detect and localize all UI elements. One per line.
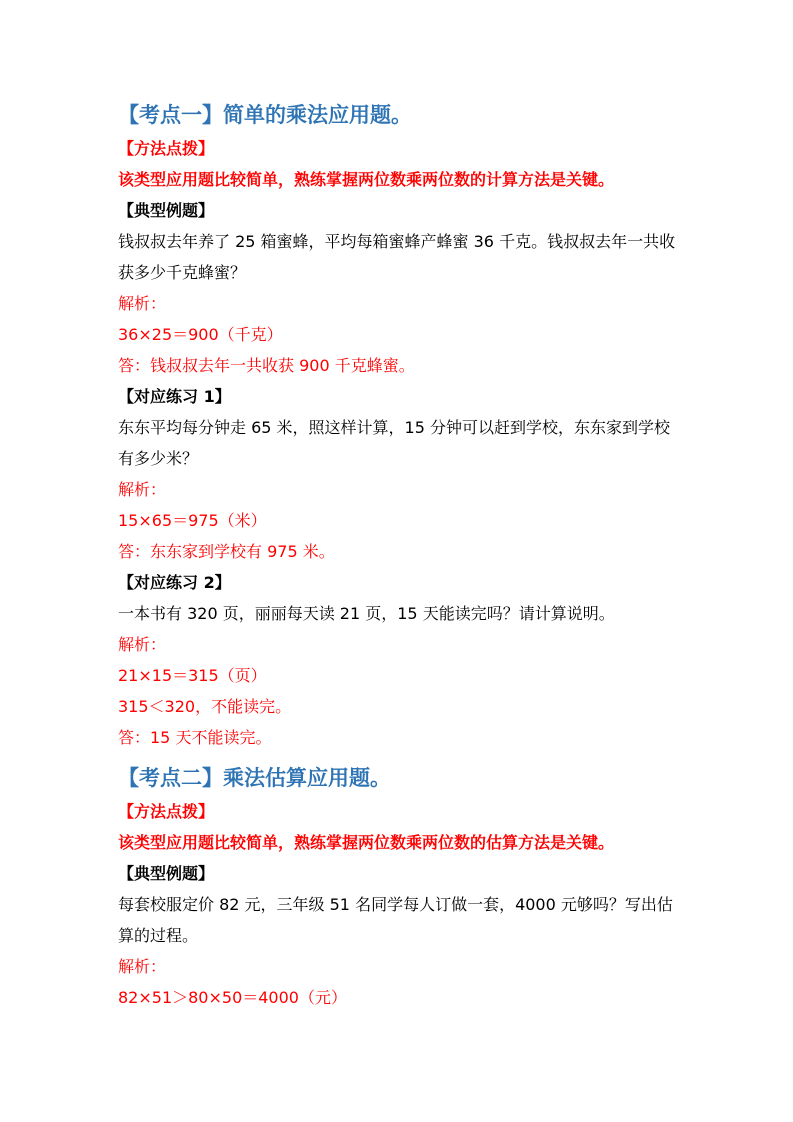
practice1-heading: 【对应练习 1】: [118, 381, 678, 412]
practice1-equation: 15×65＝975（米）: [118, 505, 678, 536]
section2-example-equation: 82×51＞80×50＝4000（元）: [118, 982, 678, 1013]
practice2-answer: 答：15 天不能读完。: [118, 722, 678, 753]
practice2-equation: 21×15＝315（页）: [118, 660, 678, 691]
section1-example-answer: 答：钱叔叔去年一共收获 900 千克蜂蜜。: [118, 350, 678, 381]
document-page: 【考点一】简单的乘法应用题。 【方法点拨】 该类型应用题比较简单，熟练掌握两位数…: [0, 0, 793, 1122]
practice2-comparison: 315＜320，不能读完。: [118, 691, 678, 722]
section1-heading: 【考点一】简单的乘法应用题。: [118, 97, 678, 133]
section2-method-text: 该类型应用题比较简单，熟练掌握两位数乘两位数的估算方法是关键。: [118, 827, 678, 858]
section1-method-heading: 【方法点拨】: [118, 133, 678, 164]
section2-example-analysis-label: 解析：: [118, 951, 678, 982]
section1-method-text: 该类型应用题比较简单，熟练掌握两位数乘两位数的计算方法是关键。: [118, 164, 678, 195]
section1-example-analysis-label: 解析：: [118, 288, 678, 319]
section1-example-heading: 【典型例题】: [118, 195, 678, 226]
practice1-answer: 答：东东家到学校有 975 米。: [118, 536, 678, 567]
document-content: 【考点一】简单的乘法应用题。 【方法点拨】 该类型应用题比较简单，熟练掌握两位数…: [0, 0, 793, 1013]
practice1-analysis-label: 解析：: [118, 474, 678, 505]
section1-example-problem: 钱叔叔去年养了 25 箱蜜蜂，平均每箱蜜蜂产蜂蜜 36 千克。钱叔叔去年一共收获…: [118, 226, 678, 288]
practice1-problem: 东东平均每分钟走 65 米，照这样计算，15 分钟可以赶到学校，东东家到学校有多…: [118, 412, 678, 474]
section2-example-problem: 每套校服定价 82 元，三年级 51 名同学每人订做一套，4000 元够吗？写出…: [118, 889, 678, 951]
section2-method-heading: 【方法点拨】: [118, 796, 678, 827]
section2-heading: 【考点二】乘法估算应用题。: [118, 760, 678, 796]
practice2-heading: 【对应练习 2】: [118, 567, 678, 598]
practice2-analysis-label: 解析：: [118, 629, 678, 660]
section2-example-heading: 【典型例题】: [118, 858, 678, 889]
practice2-problem: 一本书有 320 页，丽丽每天读 21 页，15 天能读完吗？请计算说明。: [118, 598, 678, 629]
section1-example-equation: 36×25＝900（千克）: [118, 319, 678, 350]
